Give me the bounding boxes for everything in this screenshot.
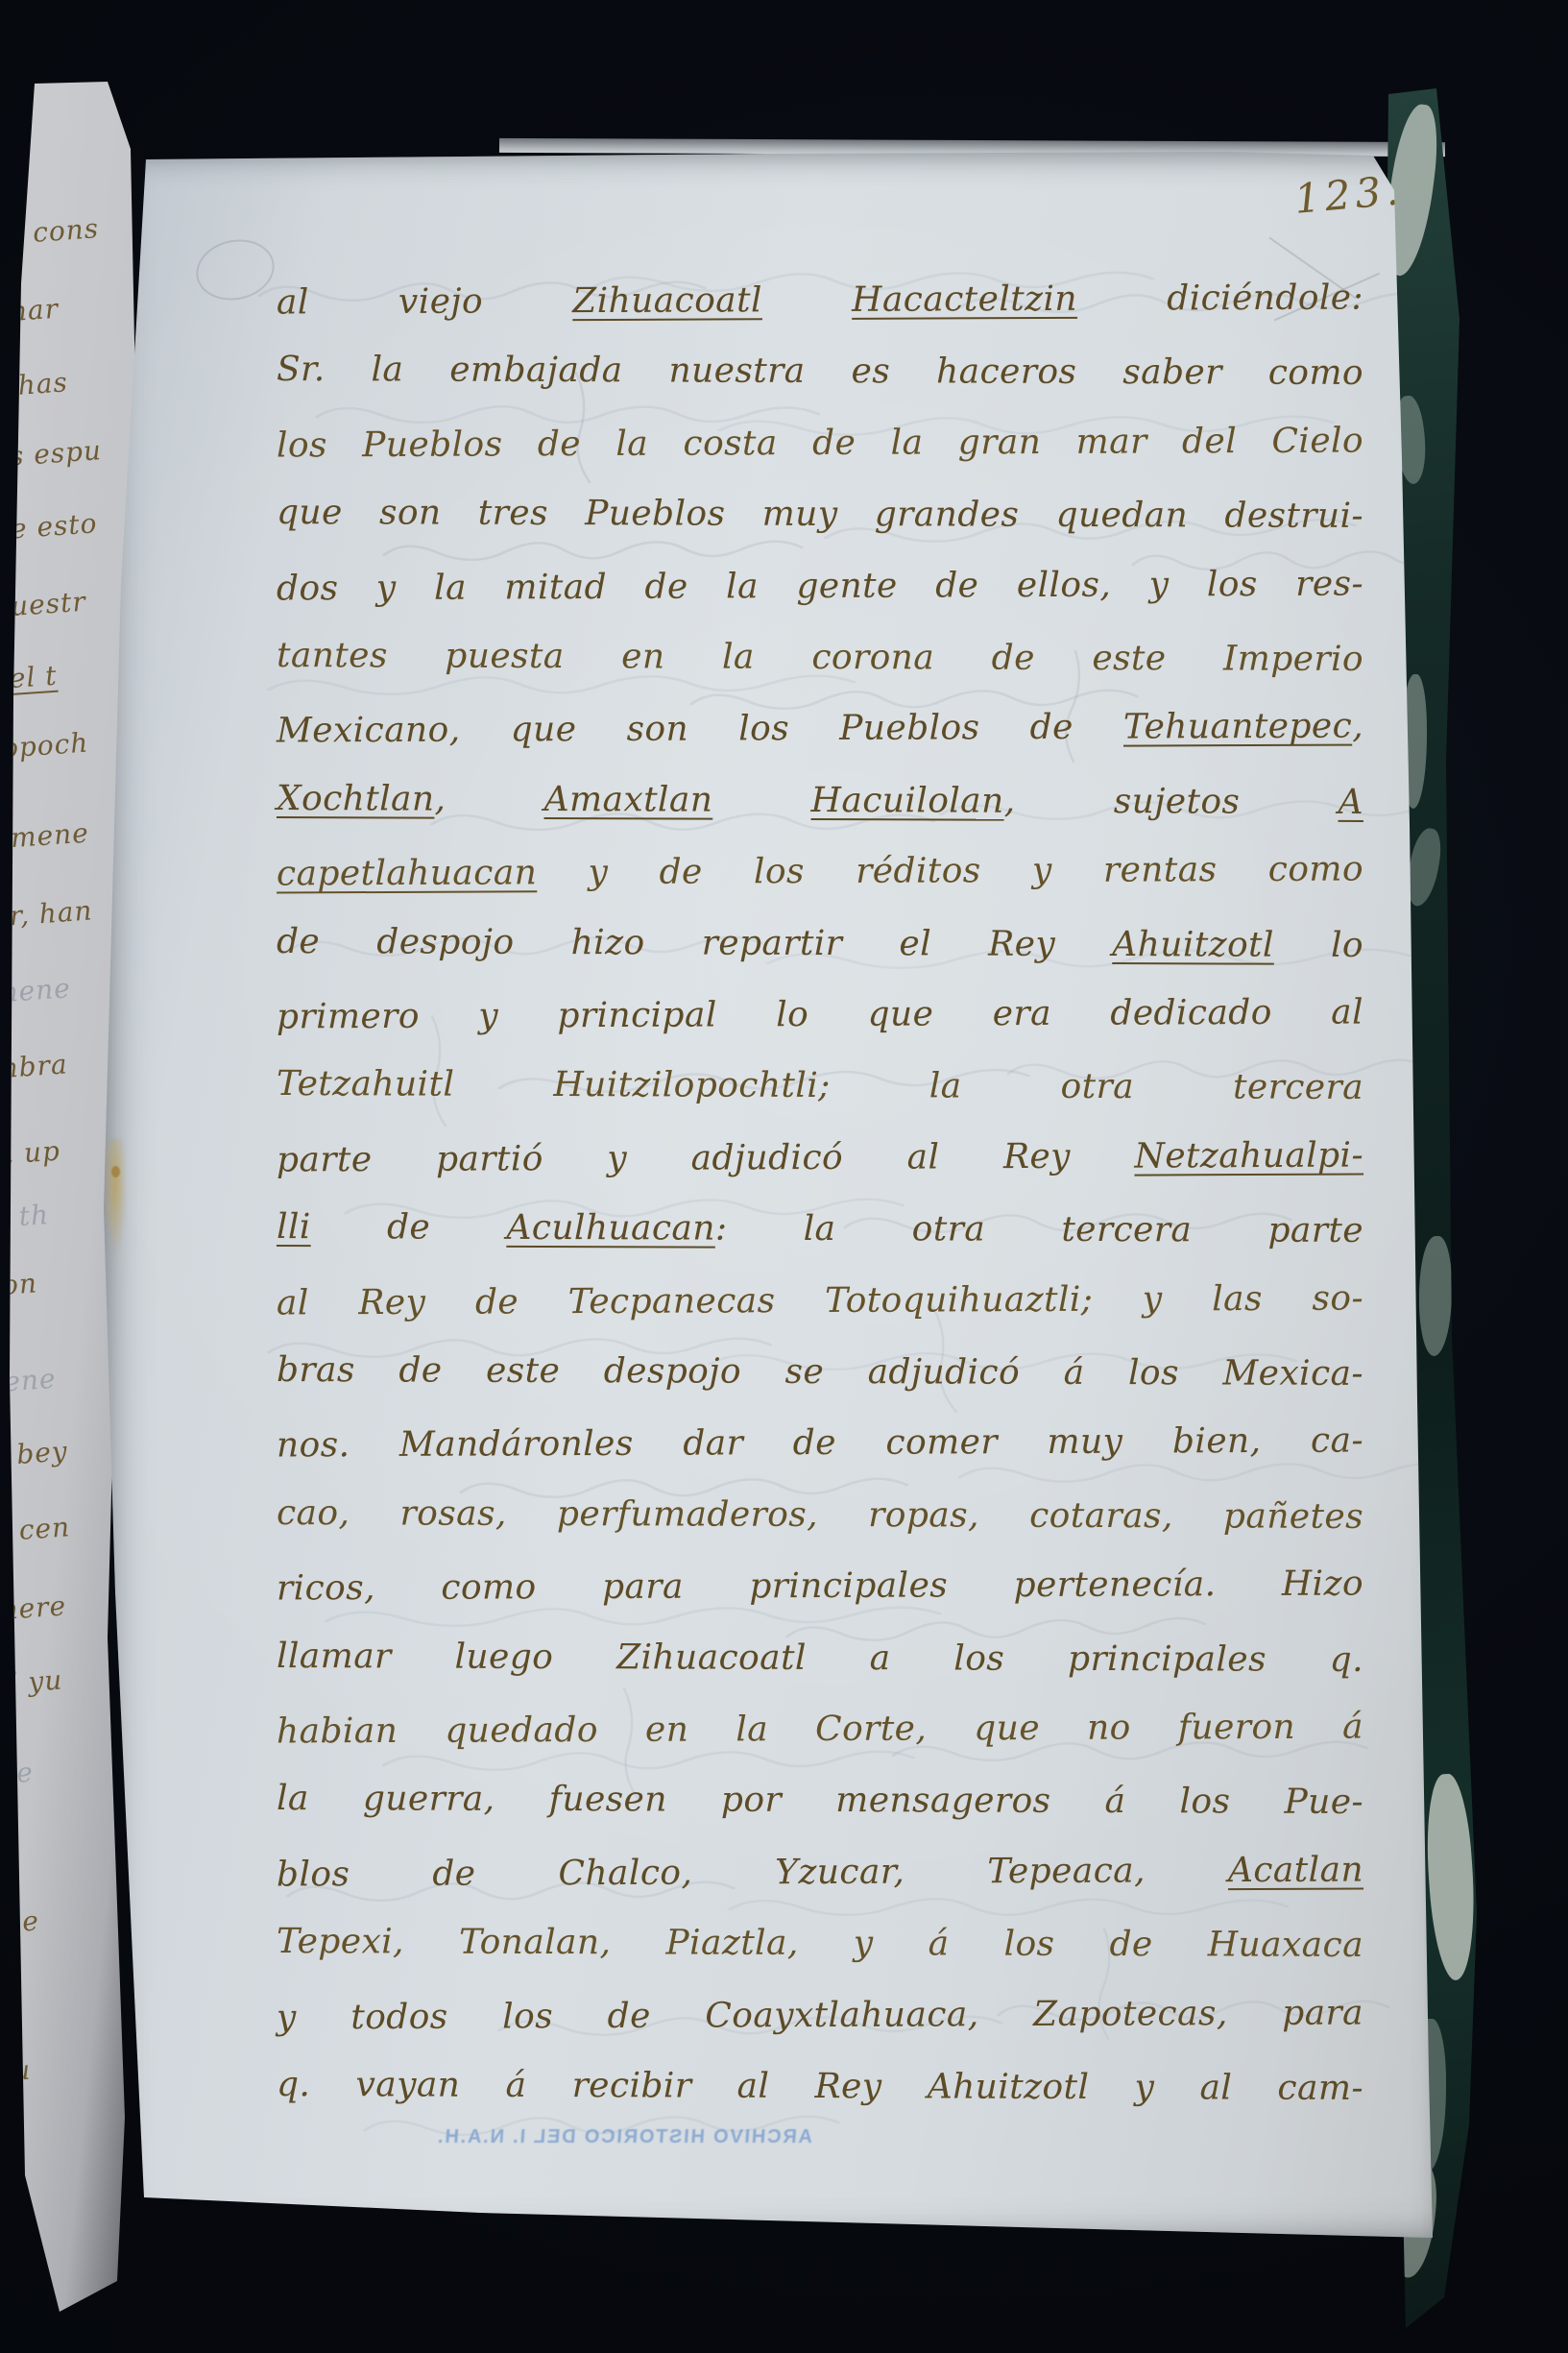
marble-patch [1419, 1236, 1452, 1356]
manuscript-line: la guerra, fuesen por mensageros á los P… [277, 1779, 1363, 1827]
manuscript-text-block: al viejo Zihuacoatl Hacacteltzin diciénd… [96, 152, 1440, 2245]
text-segment: nos. Mandáronles dar de comer muy bien, … [277, 1421, 1363, 1466]
underlined-word: capetlahuacan [277, 853, 537, 893]
underlined-word: lli [277, 1207, 311, 1247]
underlined-word: A [1339, 783, 1364, 822]
manuscript-line: nos. Mandáronles dar de comer muy bien, … [277, 1421, 1363, 1470]
manuscript-line: tantes puesta en la corona de este Imper… [277, 636, 1363, 684]
facing-page-text-fragment: Ale [0, 1904, 40, 1939]
manuscript-line: ricos, como para principales pertenecía.… [277, 1565, 1363, 1613]
facing-page-text-fragment: el yu [0, 1663, 63, 1700]
text-segment: que son tres Pueblos muy grandes quedan … [277, 493, 1363, 536]
text-segment: de [311, 1207, 507, 1248]
text-segment: blos de Chalco, Yzucar, Tepeaca, [277, 1851, 1228, 1894]
manuscript-line: Xochtlan, Amaxtlan Hacuilolan, sujetos A [277, 779, 1363, 827]
facing-page-text-fragment: mere [0, 1589, 67, 1626]
text-segment: q. vayan á recibir al Rey Ahuitzotl y al… [277, 2065, 1363, 2108]
facing-page-text-fragment: oel t [0, 660, 59, 696]
facing-page-text-fragment: umene [0, 817, 90, 856]
text-segment: Tepexi, Tonalan, Piaztla, y á los de Hua… [277, 1922, 1363, 1965]
archive-stamp-mirrored: ARCHIVO HISTORICO DEL I. N.A.H. [437, 2126, 813, 2148]
book-scan: or consonary hasos espude estonuestroel … [0, 0, 1568, 2353]
text-segment: al viejo [277, 281, 572, 322]
facing-page-text-fragment: Au [0, 2054, 32, 2089]
text-segment: cao, rosas, perfumaderos, ropas, cotaras… [277, 1493, 1363, 1537]
underlined-word: Acatlan [1228, 1850, 1363, 1890]
facing-page-text-fragment: onar [0, 293, 60, 329]
facing-page-text-fragment: mbra [0, 1048, 69, 1084]
underlined-word: Tehuantepec [1123, 707, 1352, 747]
underlined-word: Xochtlan [277, 779, 435, 819]
facing-page-text-fragment: or cons [0, 212, 100, 252]
underlined-word: Ahuitzotl [1112, 925, 1274, 965]
manuscript-line: cao, rosas, perfumaderos, ropas, cotaras… [277, 1493, 1363, 1541]
facing-page-text-fragment: tene [0, 1363, 58, 1399]
text-segment: bras de este despojo se adjudicó á los M… [277, 1350, 1363, 1394]
facing-page-text-fragment: s bey [0, 1435, 69, 1471]
facing-page-text-fragment: y, up [0, 1135, 61, 1172]
text-segment: habian quedado en la Corte, que no fuero… [277, 1708, 1363, 1752]
manuscript-line: bras de este despojo se adjudicó á los M… [277, 1350, 1363, 1398]
facing-page-text-fragment: mene [0, 972, 72, 1009]
text-segment: diciéndole: [1077, 279, 1363, 319]
manuscript-line: dos y la mitad de la gente de ellos, y l… [277, 564, 1363, 613]
facing-page-text-fragment: s e [0, 1757, 35, 1791]
text-segment [762, 280, 852, 320]
facing-page-text-fragment: lon [0, 1267, 38, 1301]
text-segment: los Pueblos de la costa de la gran mar d… [277, 421, 1363, 465]
text-segment: tantes puesta en la corona de este Imper… [277, 636, 1363, 679]
text-segment: y todos los de Coayxtlahuaca, Zapotecas,… [277, 1993, 1363, 2037]
text-segment: la guerra, fuesen por mensageros á los P… [277, 1779, 1363, 1822]
text-segment: al Rey de Tecpanecas Totoquihuaztli; y l… [277, 1278, 1363, 1322]
facing-page-text-fragment: lopoch [0, 727, 89, 765]
text-segment [712, 780, 810, 819]
text-segment: Tetzahuitl Huitzilopochtli; la otra terc… [277, 1064, 1363, 1107]
text-segment: , [1352, 707, 1363, 746]
underlined-word: Hacuilolan [811, 781, 1004, 821]
text-segment: dos y la mitad de la gente de ellos, y l… [277, 564, 1363, 608]
manuscript-line: primero y principal lo que era dedicado … [277, 993, 1363, 1042]
facing-page-text-fragment: y has [0, 366, 69, 402]
facing-page-text-fragment: nuestr [0, 586, 87, 624]
text-segment: y de los réditos y rentas como [537, 850, 1363, 893]
manuscript-line: Sr. la embajada nuestra es haceros saber… [277, 350, 1363, 398]
text-segment: , sujetos [1004, 781, 1339, 821]
text-segment: , [434, 779, 543, 818]
manuscript-line: al viejo Zihuacoatl Hacacteltzin diciénd… [277, 279, 1363, 327]
facing-page-text-fragment: er, han [0, 894, 93, 933]
text-segment: de despojo hizo repartir el Rey [277, 922, 1112, 964]
manuscript-line: y todos los de Coayxtlahuaca, Zapotecas,… [277, 1993, 1363, 2042]
manuscript-line: Tepexi, Tonalan, Piaztla, y á los de Hua… [277, 1922, 1363, 1970]
manuscript-line: lli de Aculhuacan: la otra tercera parte [277, 1207, 1363, 1255]
manuscript-line: de despojo hizo repartir el Rey Ahuitzot… [277, 922, 1363, 970]
manuscript-line: blos de Chalco, Yzucar, Tepeaca, Acatlan [277, 1850, 1363, 1899]
text-segment: Sr. la embajada nuestra es haceros saber… [277, 350, 1363, 393]
manuscript-page: 123. al viejo Zihuacoatl Hacacteltzin di… [96, 152, 1440, 2245]
underlined-word: Hacacteltzin [852, 279, 1077, 320]
manuscript-line: parte partió y adjudicó al Rey Netzahual… [277, 1135, 1363, 1184]
underlined-word: Amaxtlan [544, 780, 713, 820]
manuscript-line: habian quedado en la Corte, que no fuero… [277, 1708, 1363, 1757]
manuscript-line: Tetzahuitl Huitzilopochtli; la otra terc… [277, 1064, 1363, 1112]
text-segment: lo [1274, 925, 1363, 964]
marble-patch [1422, 1773, 1481, 1982]
facing-page-text-fragment: o th [0, 1199, 50, 1234]
manuscript-line: Mexicano, que son los Pueblos de Tehuant… [277, 707, 1363, 756]
text-segment: llamar luego Zihuacoatl a los principale… [277, 1637, 1363, 1680]
underlined-word: Zihuacoatl [572, 280, 762, 321]
facing-page-text-fragment: o cen [0, 1511, 71, 1548]
text-segment: primero y principal lo que era dedicado … [277, 993, 1363, 1037]
manuscript-line: al Rey de Tecpanecas Totoquihuaztli; y l… [277, 1278, 1363, 1327]
underlined-word: Aculhuacan [506, 1208, 715, 1249]
underlined-word: Netzahualpi- [1134, 1135, 1363, 1176]
manuscript-line: llamar luego Zihuacoatl a los principale… [277, 1637, 1363, 1685]
text-segment: ricos, como para principales pertenecía.… [277, 1565, 1363, 1609]
text-segment: parte partió y adjudicó al Rey [277, 1136, 1135, 1179]
manuscript-line: q. vayan á recibir al Rey Ahuitzotl y al… [277, 2065, 1363, 2113]
facing-page-text-fragment: de esto [0, 507, 98, 546]
manuscript-line: que son tres Pueblos muy grandes quedan … [277, 493, 1363, 541]
text-segment: Mexicano, que son los Pueblos de [277, 708, 1123, 751]
text-segment: : la otra tercera parte [715, 1209, 1363, 1250]
manuscript-line: capetlahuacan y de los réditos y rentas … [277, 850, 1363, 899]
facing-page-text-fragment: os espu [0, 434, 103, 473]
manuscript-line: los Pueblos de la costa de la gran mar d… [277, 421, 1363, 470]
